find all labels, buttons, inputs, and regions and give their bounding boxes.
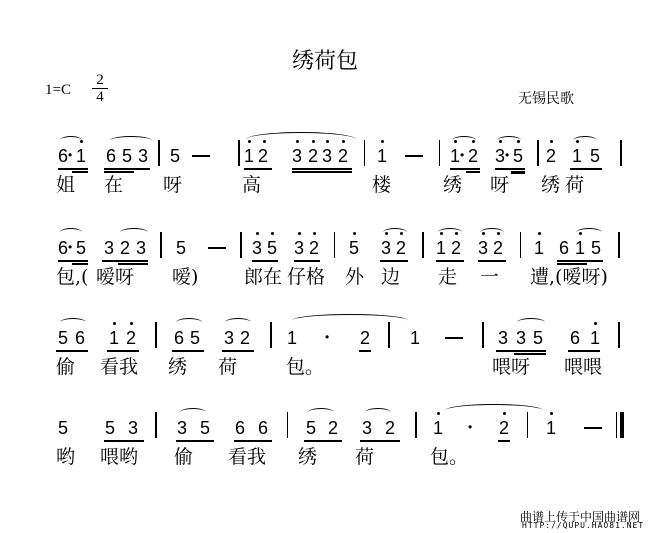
lyrics: 包,( 嗳呀 嗳) 郎在 仔格 外 边 走 一 遭,(嗳呀) [0, 262, 650, 288]
note: 1 [244, 146, 254, 167]
note: 3 [495, 146, 505, 167]
note: 5 [590, 146, 600, 167]
time-denominator: 4 [92, 89, 108, 105]
note: 2 [309, 238, 319, 259]
note: 3 [294, 238, 304, 259]
octave-dot [271, 232, 274, 235]
dot-rhythm: • [460, 148, 464, 162]
lyric: 荷 [218, 352, 237, 379]
lyric: 看我 [100, 352, 138, 379]
barline [160, 232, 162, 258]
lyrics: 哟 喂哟 偷 看我 绣 荷 包。 [0, 442, 650, 468]
note: 1 [436, 238, 446, 259]
lyric: 呀 [490, 170, 509, 197]
lyric: 姐 [56, 170, 75, 197]
octave-dot [576, 140, 579, 143]
lyric: 楼 [372, 170, 391, 197]
staff-line-4: 5 5 3 3 5 6 6 5 2 3 2 1 • 2 1 [0, 400, 650, 480]
note: 1 [433, 418, 443, 439]
slur [60, 228, 82, 237]
slur [365, 408, 391, 417]
note: 5 [513, 146, 523, 167]
note: 5 [267, 238, 277, 259]
octave-dot [256, 232, 259, 235]
lyric: 边 [381, 262, 400, 289]
barline [415, 412, 417, 438]
octave-dot [130, 322, 133, 325]
note: 6 [235, 418, 245, 439]
note: 3 [136, 238, 146, 259]
note: 3 [381, 238, 391, 259]
note: 5 [533, 328, 543, 349]
lyric: 高 [242, 170, 261, 197]
octave-dot [326, 140, 329, 143]
note: 3 [177, 418, 187, 439]
note: 3 [362, 418, 372, 439]
barline [270, 322, 272, 348]
note: 1 [534, 238, 544, 259]
staff-line-3: 5 6 1 2 6 5 3 2 1 • 2 1 3 3 5 6 1 [0, 310, 650, 390]
note: 6 [58, 146, 68, 167]
slur [308, 408, 334, 417]
staff-line-1: 6 • 1 6 5 3 5 1 2 3 2 3 2 1 [0, 128, 650, 208]
note: 3 [224, 328, 234, 349]
dot-rhythm: • [68, 148, 72, 162]
lyric: 仔格 [287, 262, 325, 289]
barline [238, 140, 240, 166]
composer: 无锡民歌 [518, 88, 574, 108]
lyric: 荷 [355, 442, 374, 469]
slur [225, 318, 251, 327]
barline [287, 412, 288, 438]
octave-dot [248, 140, 251, 143]
barline [520, 232, 521, 258]
barline [422, 232, 424, 258]
note: 1 [546, 418, 556, 439]
note: 1 [109, 328, 119, 349]
note: 3 [292, 146, 302, 167]
lyric: 包,( [56, 262, 88, 289]
octave-dot [517, 140, 520, 143]
note: 5 [591, 238, 601, 259]
note: 2 [499, 418, 509, 439]
octave-dot [400, 232, 403, 235]
note: 3 [516, 328, 526, 349]
note: 5 [76, 238, 86, 259]
slur [110, 136, 152, 145]
note: 1 [410, 328, 420, 349]
lyric: 嗳) [172, 262, 198, 289]
barline [618, 232, 620, 258]
song-title: 绣荷包 [0, 44, 650, 75]
slur [517, 318, 545, 327]
octave-dot [594, 322, 597, 325]
notes: 5 6 1 2 6 5 3 2 1 • 2 1 3 3 5 6 1 [0, 310, 650, 350]
lyric: 郎在 [244, 262, 282, 289]
lyric: 包。 [286, 352, 324, 379]
barline [364, 140, 365, 166]
barline [439, 140, 440, 166]
octave-dot [342, 140, 345, 143]
note: 2 [546, 146, 556, 167]
lyric: 外 [345, 262, 364, 289]
barline [334, 232, 335, 258]
dot-rhythm: • [468, 420, 472, 434]
note: 1 [450, 146, 460, 167]
dash [208, 247, 226, 249]
dash [445, 337, 463, 339]
lyric: 偷 [56, 352, 75, 379]
note: 3 [128, 418, 138, 439]
note: 5 [349, 238, 359, 259]
dash [192, 155, 210, 157]
note: 3 [478, 238, 488, 259]
lyric: 呀 [163, 170, 182, 197]
note: 6 [570, 328, 580, 349]
dash [405, 155, 423, 157]
watermark-url: HTTP://QUPU.HAO81.NET [522, 521, 644, 530]
note: 2 [120, 238, 130, 259]
octave-dot [499, 140, 502, 143]
octave-dot [385, 232, 388, 235]
note: 1 [590, 328, 600, 349]
octave-dot [313, 232, 316, 235]
octave-dot [579, 232, 582, 235]
octave-dot [455, 232, 458, 235]
lyric: 绣 [168, 352, 187, 379]
note: 5 [58, 418, 68, 439]
lyric: 荷 [565, 170, 584, 197]
note: 2 [338, 146, 348, 167]
slur [180, 408, 206, 417]
lyric: 喂喂 [564, 352, 602, 379]
note: 2 [360, 328, 370, 349]
octave-dot [437, 412, 440, 415]
note: 3 [138, 146, 148, 167]
note: 2 [385, 418, 395, 439]
dot-rhythm: • [505, 148, 509, 162]
octave-dot [353, 232, 356, 235]
octave-dot [482, 232, 485, 235]
octave-dot [538, 232, 541, 235]
note: 5 [58, 328, 68, 349]
note: 6 [258, 418, 268, 439]
final-barline-thick [620, 412, 624, 438]
note: 1 [572, 146, 582, 167]
lyric: 嗳呀 [96, 262, 134, 289]
slur [60, 136, 82, 145]
note: 2 [468, 146, 478, 167]
dash [584, 427, 602, 429]
octave-dot [454, 140, 457, 143]
octave-dot [298, 232, 301, 235]
lyric: 哟 [56, 442, 75, 469]
slur [120, 228, 148, 237]
lyrics: 偷 看我 绣 荷 包。 喂呀 喂喂 [0, 352, 650, 378]
note: 5 [176, 238, 186, 259]
octave-dot [296, 140, 299, 143]
barline [620, 140, 622, 166]
time-signature: 2 4 [92, 72, 108, 105]
note: 6 [75, 328, 85, 349]
note: 2 [451, 238, 461, 259]
barline [240, 232, 242, 258]
lyric: 绣 [443, 170, 462, 197]
note: 5 [122, 146, 132, 167]
lyric: 喂哟 [100, 442, 138, 469]
note: 6 [58, 238, 68, 259]
barline [388, 322, 390, 348]
octave-dot [503, 412, 506, 415]
lyric: 偷 [174, 442, 193, 469]
notes: 6 • 5 3 2 3 5 3 5 3 2 5 3 2 1 [0, 220, 650, 260]
note: 6 [106, 146, 116, 167]
lyric: 包。 [430, 442, 468, 469]
octave-dot [550, 140, 553, 143]
lyric: 绣 [298, 442, 317, 469]
time-numerator: 2 [92, 72, 108, 89]
octave-dot [550, 412, 553, 415]
note: 3 [252, 238, 262, 259]
note: 3 [322, 146, 332, 167]
slur [60, 318, 86, 327]
barline [155, 322, 157, 348]
octave-dot [472, 140, 475, 143]
final-barline-thin [616, 412, 617, 438]
key-signature: 1=C [45, 82, 71, 99]
staff-line-2: 6 • 5 3 2 3 5 3 5 3 2 5 3 2 1 [0, 220, 650, 300]
lyric: 一 [480, 262, 499, 289]
octave-dot [497, 232, 500, 235]
octave-dot [381, 140, 384, 143]
barline [527, 412, 528, 438]
slur [445, 404, 543, 417]
lyric: 走 [438, 262, 457, 289]
note: 2 [126, 328, 136, 349]
octave-dot [80, 140, 83, 143]
note: 1 [287, 328, 297, 349]
note: 2 [240, 328, 250, 349]
barline [482, 322, 484, 348]
barline [155, 412, 157, 438]
octave-dot [263, 140, 266, 143]
note: 5 [190, 328, 200, 349]
lyric: 看我 [228, 442, 266, 469]
notes: 5 5 3 3 5 6 6 5 2 3 2 1 • 2 1 [0, 400, 650, 440]
slur [176, 318, 202, 327]
note: 2 [258, 146, 268, 167]
note: 5 [105, 418, 115, 439]
octave-dot [440, 232, 443, 235]
note: 6 [174, 328, 184, 349]
lyric: 遭,(嗳呀) [530, 262, 608, 289]
lyric: 绣 [541, 170, 560, 197]
note: 5 [170, 146, 180, 167]
octave-dot [312, 140, 315, 143]
note: 6 [559, 238, 569, 259]
note: 3 [104, 238, 114, 259]
note: 2 [493, 238, 503, 259]
barline [618, 322, 620, 348]
barline [537, 140, 539, 166]
barline [158, 140, 160, 166]
note: 1 [377, 146, 387, 167]
dot-rhythm: • [68, 240, 72, 254]
dot-rhythm: • [325, 330, 329, 344]
note: 5 [200, 418, 210, 439]
note: 1 [575, 238, 585, 259]
lyric: 喂呀 [492, 352, 530, 379]
notes: 6 • 1 6 5 3 5 1 2 3 2 3 2 1 [0, 128, 650, 168]
note: 2 [328, 418, 338, 439]
note: 2 [396, 238, 406, 259]
note: 3 [498, 328, 508, 349]
slur [292, 314, 408, 327]
lyrics: 姐 在 呀 高 楼 绣 呀 绣 荷 [0, 170, 650, 196]
note: 5 [306, 418, 316, 439]
note: 2 [308, 146, 318, 167]
octave-dot [113, 322, 116, 325]
note: 1 [76, 146, 86, 167]
lyric: 在 [104, 170, 123, 197]
